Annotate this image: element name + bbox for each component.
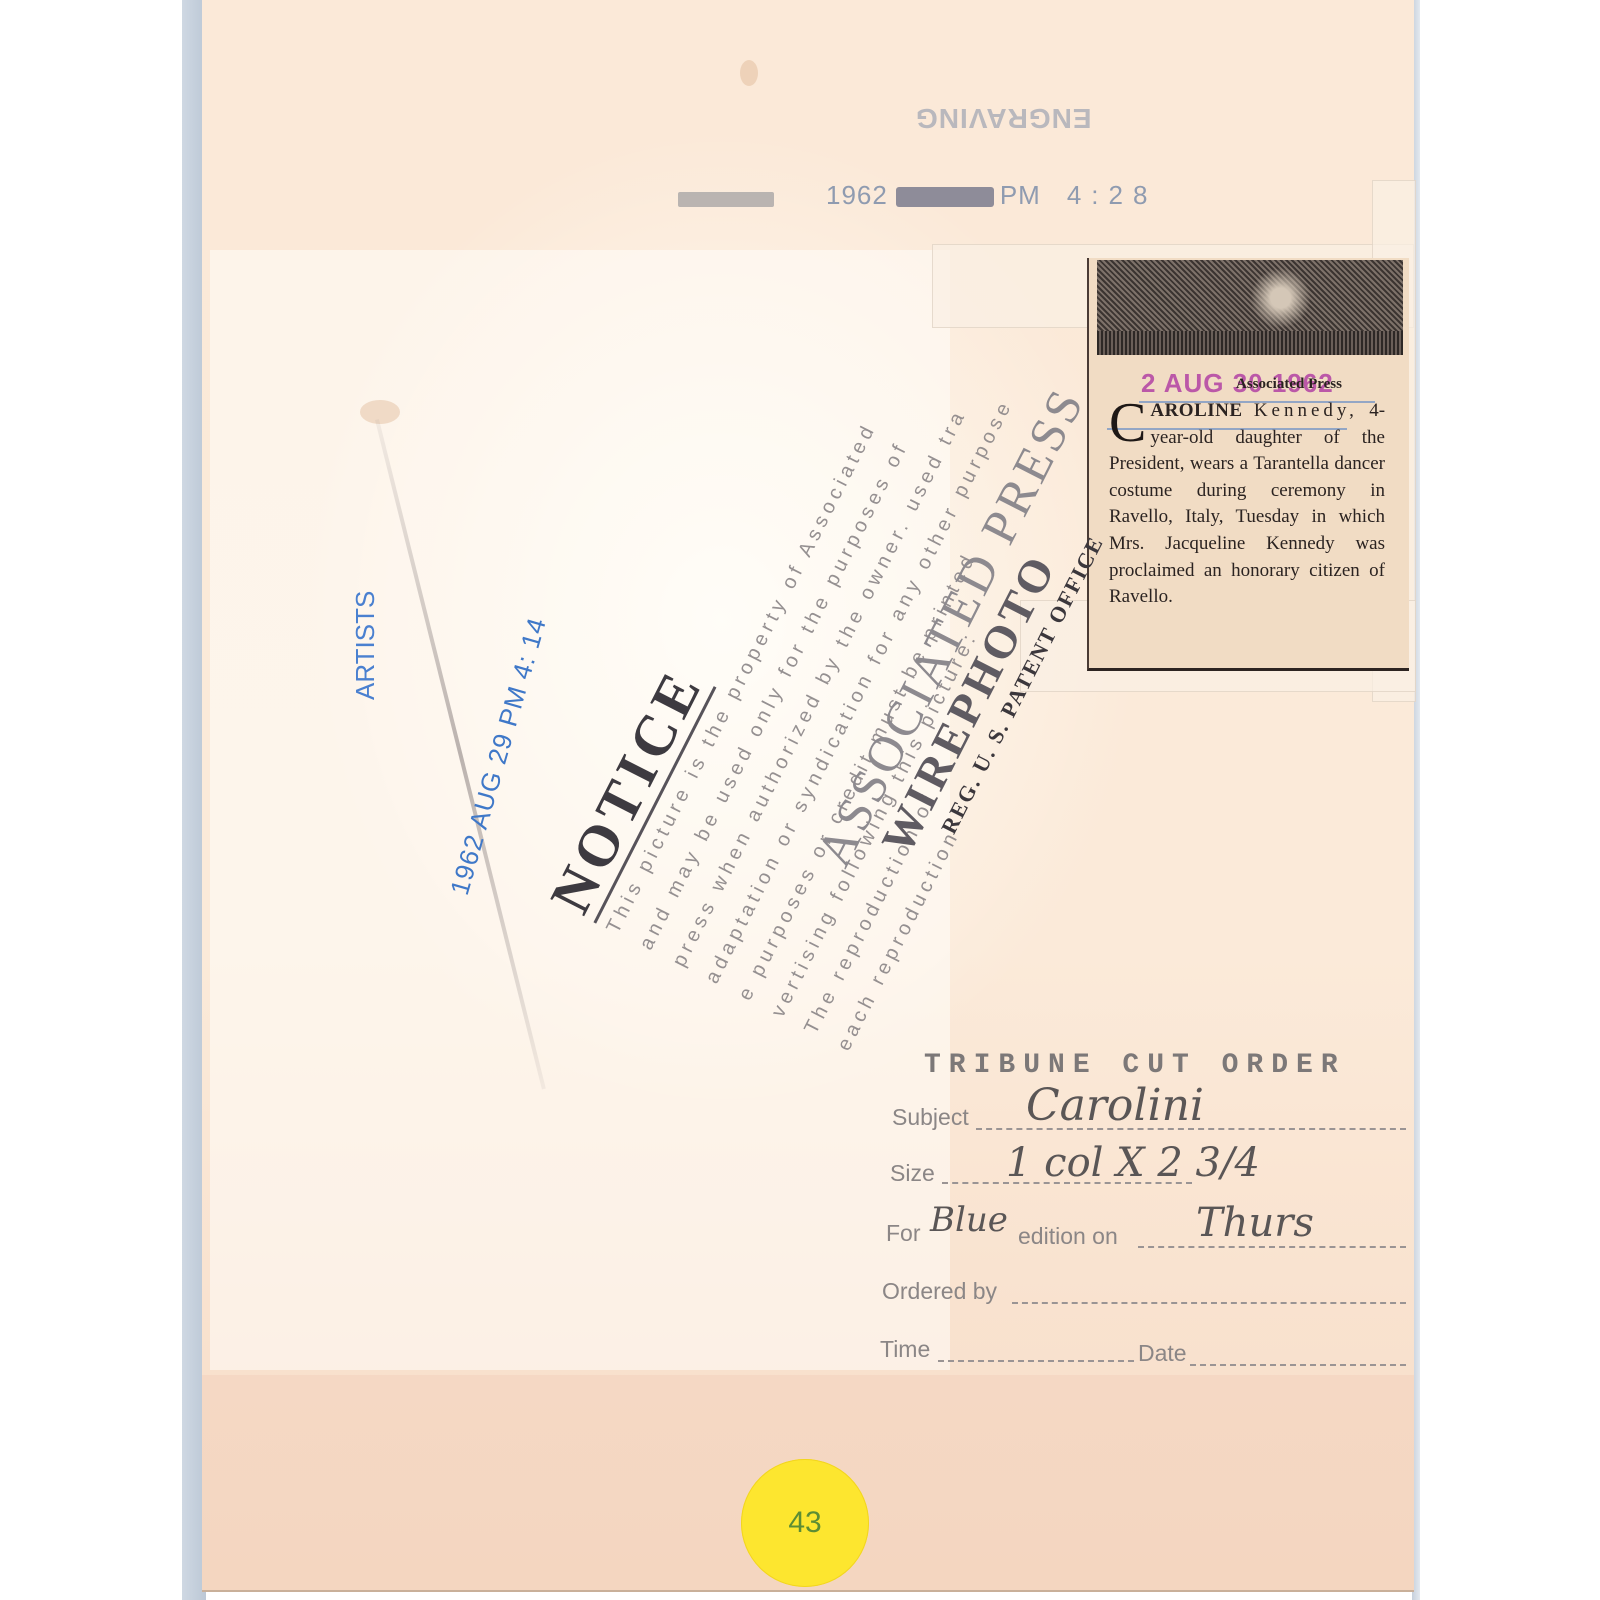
received-time: 4:28 bbox=[1067, 180, 1158, 210]
ordered-by-field bbox=[1012, 1302, 1406, 1304]
edition-value: Thurs bbox=[1196, 1200, 1314, 1246]
smudged-stamp bbox=[678, 192, 774, 207]
caption-lead-name: Kennedy, bbox=[1254, 400, 1358, 421]
for-label: For bbox=[886, 1220, 921, 1247]
received-time-prefix: PM bbox=[1000, 180, 1041, 210]
caption-lead: AROLINE bbox=[1150, 400, 1242, 421]
stain-mark bbox=[740, 60, 758, 86]
edition-line bbox=[1138, 1246, 1406, 1248]
subject-value: Carolini bbox=[1026, 1080, 1204, 1131]
size-value: 1 col X 2 3/4 bbox=[1006, 1140, 1260, 1186]
clipping-photo bbox=[1097, 260, 1403, 355]
for-value: Blue bbox=[930, 1200, 1008, 1240]
smudged-date bbox=[896, 187, 994, 207]
edition-label: edition on bbox=[1018, 1223, 1118, 1250]
clipping-credit: Associated Press bbox=[1236, 376, 1342, 393]
size-label: Size bbox=[890, 1160, 935, 1187]
subject-label: Subject bbox=[892, 1104, 969, 1131]
cut-order-title: TRIBUNE CUT ORDER bbox=[924, 1050, 1346, 1081]
clipping-caption: CAROLINE Kennedy, 4-year-old daughter of… bbox=[1109, 398, 1385, 611]
time-field bbox=[938, 1360, 1134, 1362]
stain-mark bbox=[360, 400, 400, 424]
received-date-stamp: 1962PM4:28 bbox=[826, 180, 1157, 211]
number-sticker: 43 bbox=[741, 1459, 869, 1587]
time-label: Time bbox=[880, 1336, 930, 1363]
date-field bbox=[1190, 1364, 1406, 1366]
ordered-by-label: Ordered by bbox=[882, 1278, 997, 1305]
engraving-stamp: ENGRAVING bbox=[915, 102, 1092, 134]
artists-stamp: ARTISTS bbox=[350, 591, 381, 700]
received-year: 1962 bbox=[826, 180, 888, 210]
date-label: Date bbox=[1138, 1340, 1187, 1367]
sticker-number: 43 bbox=[788, 1506, 821, 1540]
